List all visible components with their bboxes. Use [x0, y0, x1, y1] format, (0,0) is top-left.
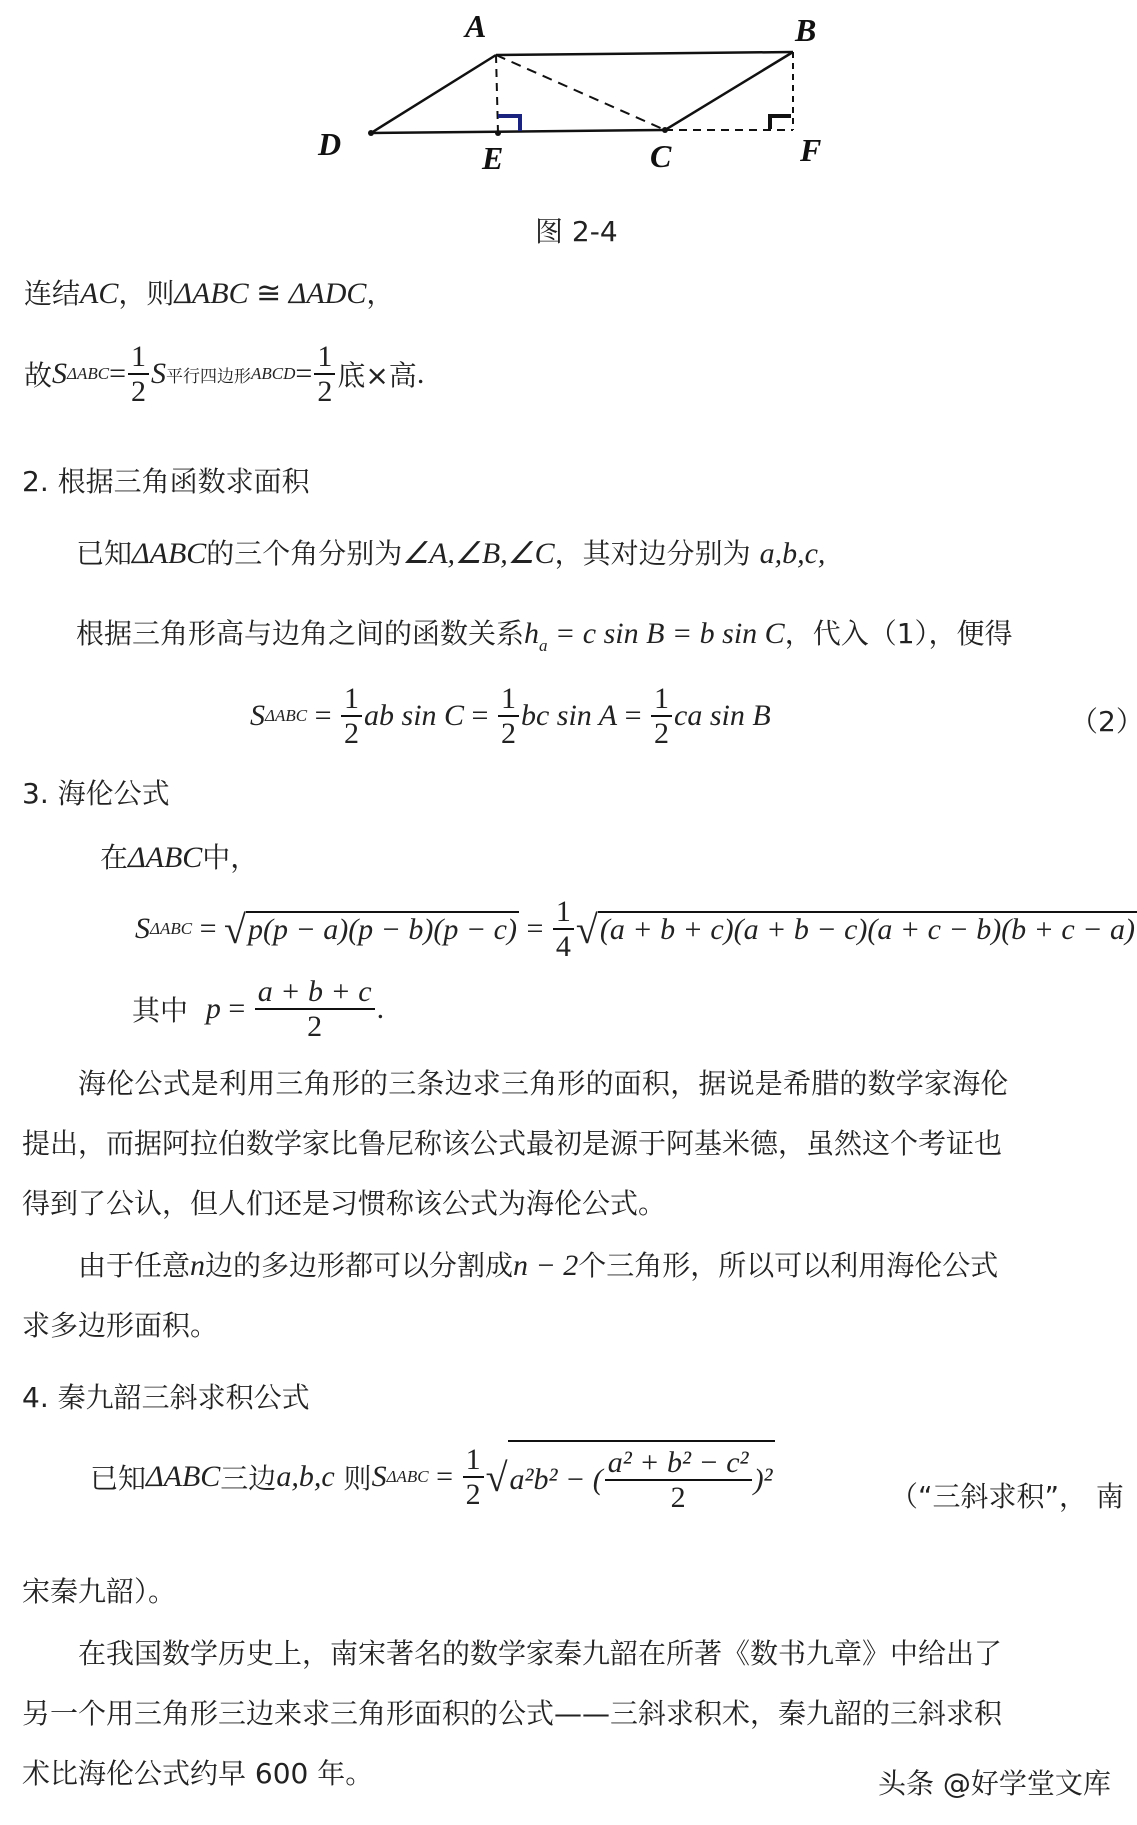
semi-perimeter-definition: 其中 p = a + b + c2. — [132, 975, 384, 1043]
equation-number: （2） — [1070, 700, 1137, 740]
figure-caption: 图 2-4 — [535, 210, 618, 250]
trig-area-formula: SΔABC = 12ab sin C = 12bc sin A = 12ca s… — [250, 682, 771, 750]
parallelogram-area-formula: 故 SΔABC = 12 S平行四边形ABCD = 12 底×高. — [24, 340, 424, 408]
point-label-d: D — [318, 126, 341, 163]
parallelogram-figure — [0, 0, 1137, 230]
section2-given: 已知ΔABC的三个角分别为∠A,∠B,∠C，其对边分别为 a,b,c, — [76, 532, 825, 572]
heron-formula: SΔABC = √p(p − a)(p − b)(p − c) = 14 √(a… — [135, 895, 1137, 963]
section-heading-4: 4. 秦九韶三斜求积公式 — [22, 1376, 310, 1416]
point-label-f: F — [800, 132, 821, 169]
point-label-c: C — [650, 138, 671, 175]
congruence-line: 连结AC，则ΔABC ≅ ΔADC， — [24, 272, 394, 312]
point-label-b: B — [795, 12, 816, 49]
formula-note: （“三斜求积”， 南 — [890, 1475, 1124, 1515]
section-heading-3: 3. 海伦公式 — [22, 772, 170, 812]
polygon-paragraph-line-2: 求多边形面积。 — [22, 1304, 218, 1344]
section2-relation: 根据三角形高与边角之间的函数关系ha = c sin B = b sin C，代… — [76, 612, 1013, 656]
history-paragraph-line-2: 另一个用三角形三边来求三角形面积的公式——三斜求积术，秦九韶的三斜求积 — [22, 1692, 1002, 1732]
right-angle-mark-e — [498, 116, 520, 131]
right-angle-mark-f — [770, 114, 791, 129]
heron-paragraph-line-2: 提出，而据阿拉伯数学家比鲁尼称该公式最初是源于阿基米德，虽然这个考证也 — [22, 1122, 1002, 1162]
history-paragraph-line-3: 术比海伦公式约早 600 年。 — [22, 1752, 373, 1792]
history-paragraph-line-1: 在我国数学历史上，南宋著名的数学家秦九韶在所著《数书九章》中给出了 — [78, 1632, 1002, 1672]
point-label-a: A — [465, 8, 486, 45]
heron-paragraph-line-1: 海伦公式是利用三角形的三条边求三角形的面积，据说是希腊的数学家海伦 — [78, 1062, 1009, 1102]
heron-paragraph-line-3: 得到了公认，但人们还是习惯称该公式为海伦公式。 — [22, 1182, 666, 1222]
section-heading-2: 2. 根据三角函数求面积 — [22, 460, 310, 500]
polygon-paragraph-line-1: 由于任意n边的多边形都可以分割成n − 2个三角形，所以可以利用海伦公式 — [78, 1244, 998, 1284]
qin-jiushao-formula: 已知ΔABC三边a,b,c 则 SΔABC = 12 √ a²b² − ( a²… — [90, 1440, 775, 1514]
section3-intro: 在ΔABC中， — [100, 836, 258, 876]
watermark: 头条 @好学堂文库 — [878, 1762, 1111, 1802]
point-label-e: E — [482, 140, 503, 177]
formula-note-continued: 宋秦九韶）。 — [22, 1570, 176, 1610]
